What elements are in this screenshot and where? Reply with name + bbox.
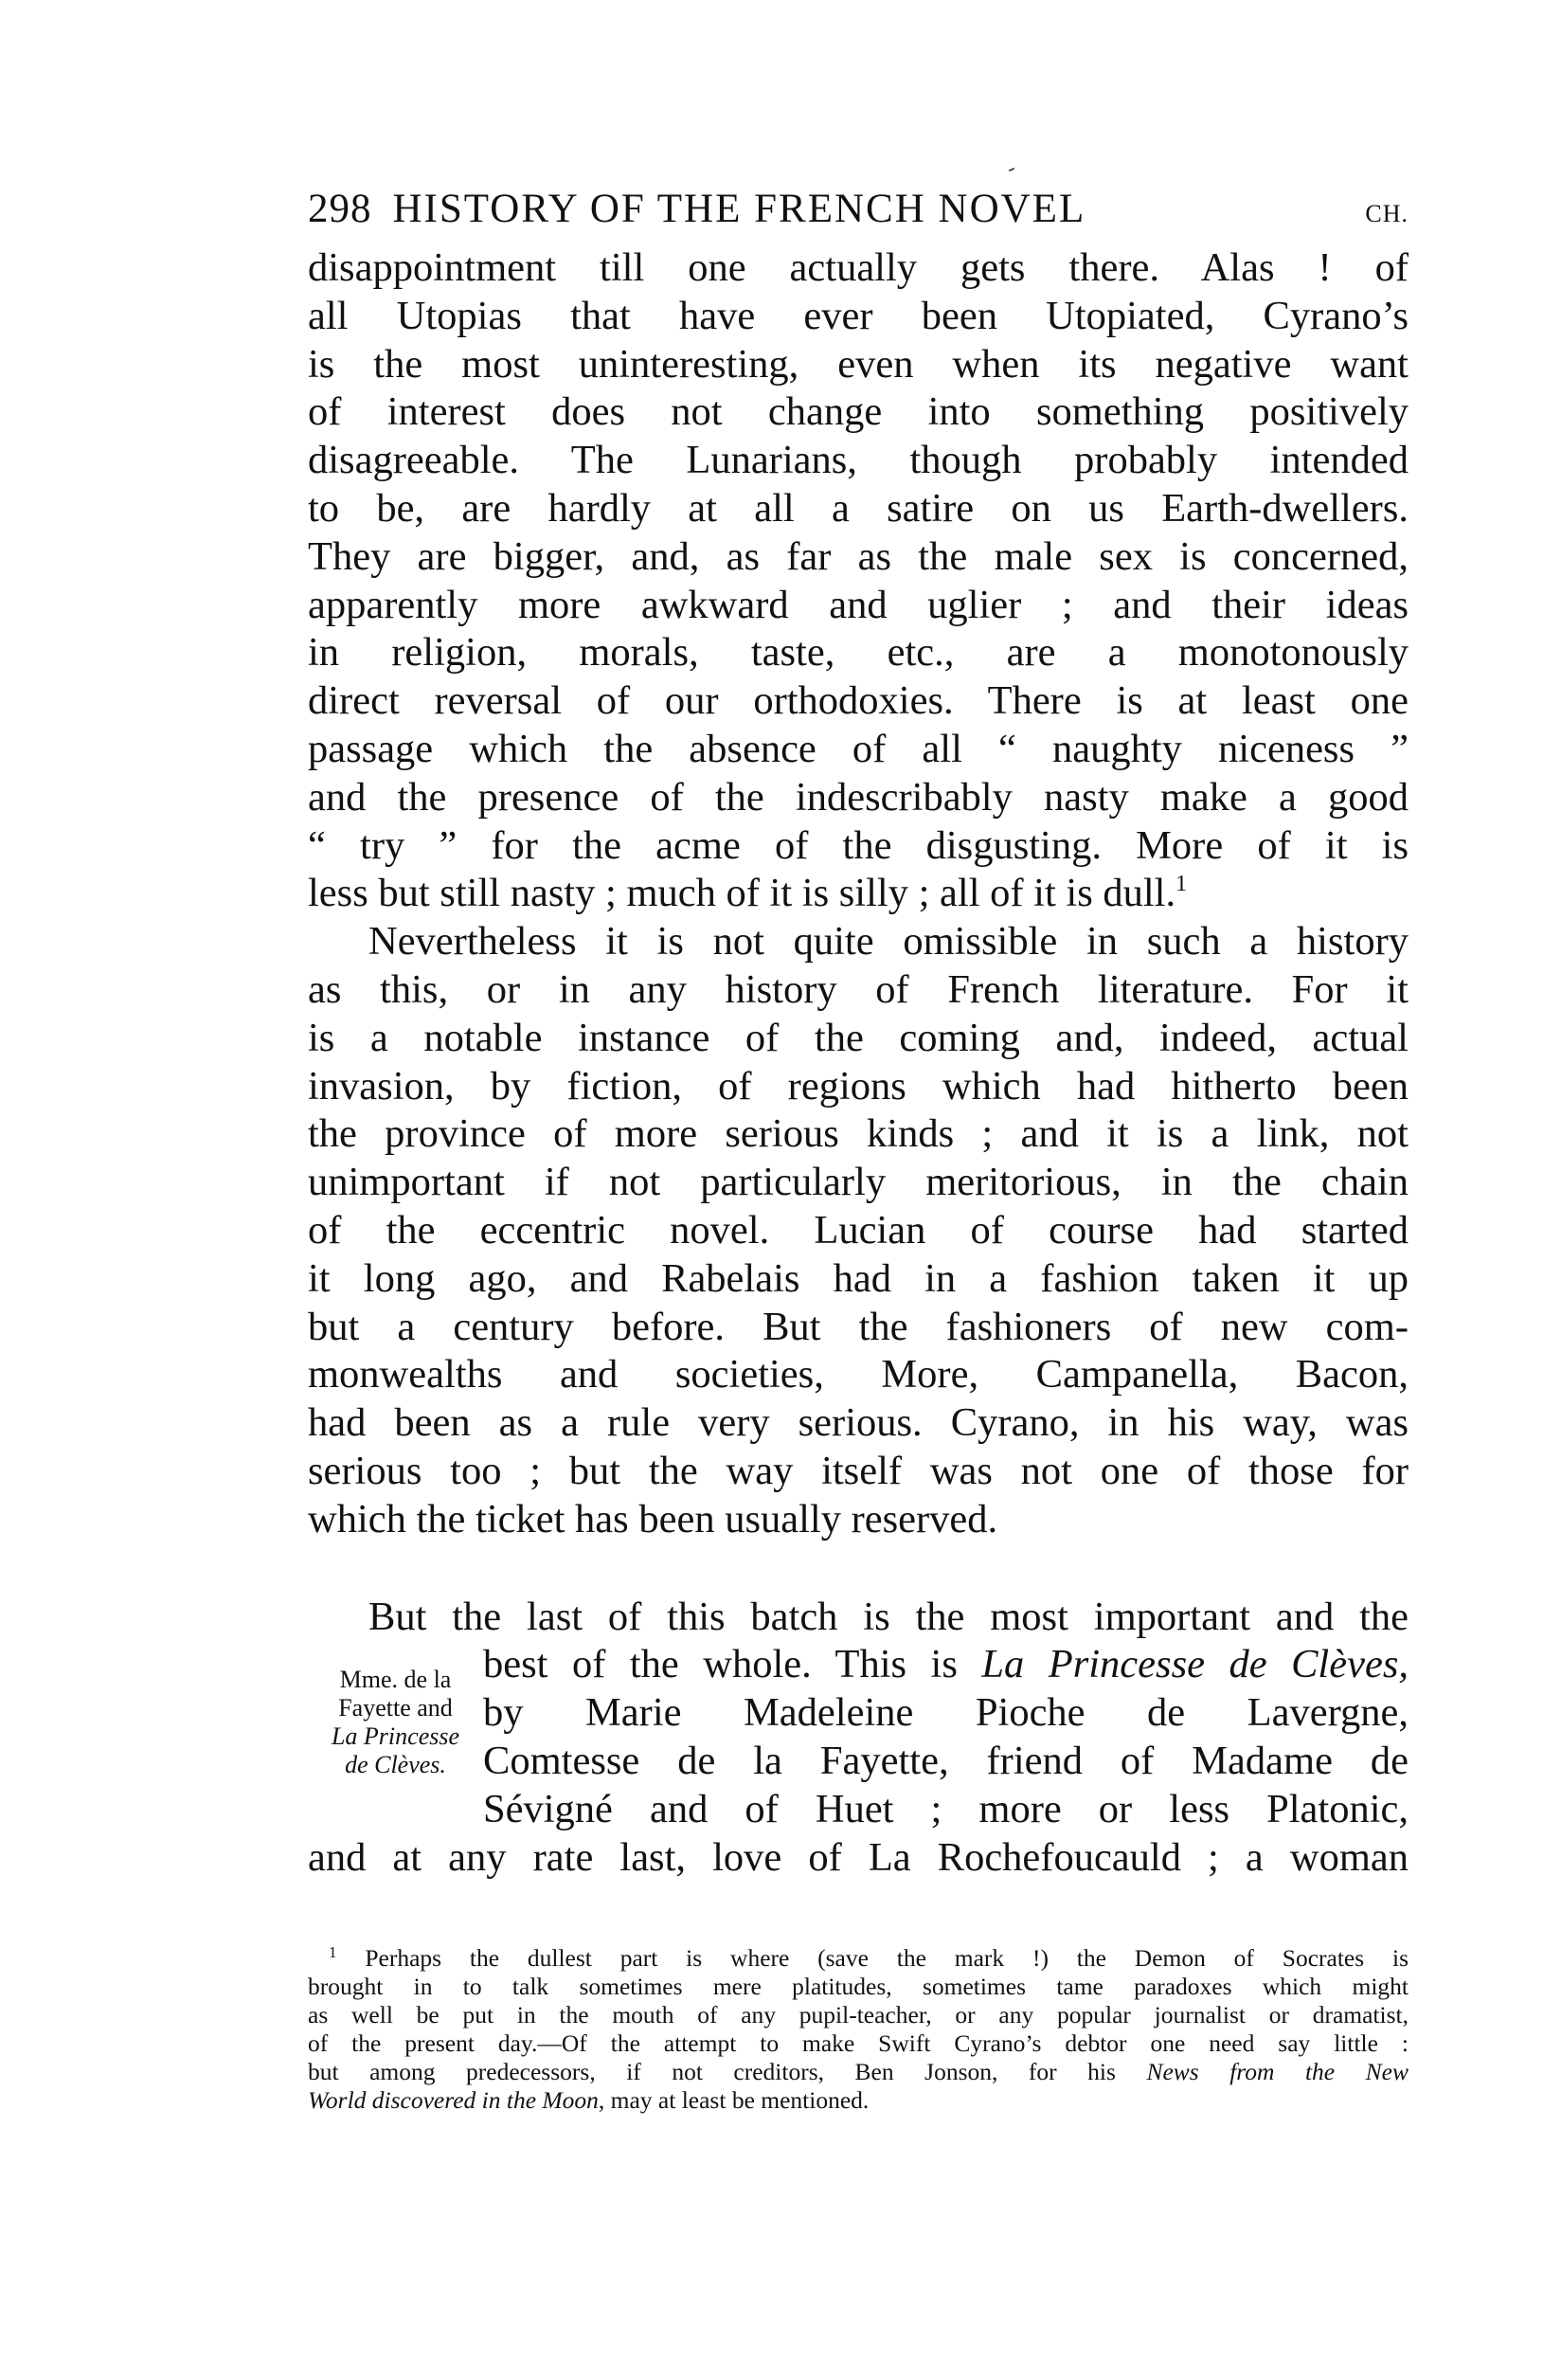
text-line: passage which the absence of all “ naugh… <box>308 726 1408 774</box>
text-line: But the last of this batch is the most i… <box>308 1594 1408 1642</box>
text-line: had been as a rule very serious. Cyrano,… <box>308 1399 1408 1448</box>
text-line: Sévigné and of Huet ; more or less Plato… <box>483 1786 1408 1834</box>
text-line: monwealths and societies, More, Campanel… <box>308 1351 1408 1399</box>
book-title: HISTORY OF THE FRENCH NOVEL <box>393 186 1366 232</box>
text-fragment: Perhaps the dullest part is where (save … <box>337 1944 1409 1972</box>
footnote-marker: 1 <box>329 1943 337 1961</box>
text-line: disappointment till one actually gets th… <box>308 244 1408 293</box>
text-line: in religion, morals, taste, etc., are a … <box>308 629 1408 677</box>
page-number: 298 <box>308 186 372 232</box>
margin-note-line: Mme. de la <box>308 1666 483 1694</box>
text-line: it long ago, and Rabelais had in a fashi… <box>308 1255 1408 1304</box>
text-fragment: but among predecessors, if not creditors… <box>308 2058 1146 2085</box>
text-line: is a notable instance of the coming and,… <box>308 1015 1408 1063</box>
text-line: by Marie Madeleine Pioche de Lavergne, <box>483 1689 1408 1738</box>
text-line: the province of more serious kinds ; and… <box>308 1110 1408 1159</box>
text-line: but a century before. But the fashioners… <box>308 1304 1408 1352</box>
book-title-italic: La Princesse de Clèves, <box>981 1642 1408 1686</box>
sidenote-adjacent-text: best of the whole. This is La Princesse … <box>483 1641 1408 1833</box>
footnote-ref[interactable]: 1 <box>1175 872 1187 896</box>
text-line: best of the whole. This is La Princesse … <box>483 1641 1408 1689</box>
text-fragment: best of the whole. This is <box>483 1642 981 1686</box>
text-line: of interest does not change into somethi… <box>308 388 1408 437</box>
footnotes: 1 Perhaps the dullest part is where (sav… <box>308 1944 1408 2115</box>
section-break <box>308 1544 1408 1594</box>
footnote-line: 1 Perhaps the dullest part is where (sav… <box>308 1944 1408 1973</box>
text-line: They are bigger, and, as far as the male… <box>308 533 1408 582</box>
paragraph-3: But the last of this batch is the most i… <box>308 1594 1408 1883</box>
footnote-line: of the present day.—Of the attempt to ma… <box>308 2029 1408 2058</box>
footnote-line: World discovered in the Moon, may at lea… <box>308 2086 1408 2115</box>
margin-note: Mme. de la Fayette and La Princesse de C… <box>308 1641 483 1833</box>
text-line: less but still nasty ; much of it is sil… <box>308 870 1408 918</box>
footnote-line: brought in to talk sometimes mere platit… <box>308 1973 1408 2001</box>
text-line: of the eccentric novel. Lucian of course… <box>308 1207 1408 1255</box>
stray-mark <box>1009 168 1014 171</box>
text-fragment: , may at least be mentioned. <box>599 2086 869 2114</box>
book-title-italic: World discovered in the Moon <box>308 2086 599 2114</box>
text-line: “ try ” for the acme of the disgusting. … <box>308 822 1408 871</box>
text-line: apparently more awkward and uglier ; and… <box>308 582 1408 630</box>
text-line: disagreeable. The Lunarians, though prob… <box>308 437 1408 485</box>
text-line: serious too ; but the way itself was not… <box>308 1448 1408 1496</box>
footnote-line: but among predecessors, if not creditors… <box>308 2058 1408 2086</box>
text-line: as this, or in any history of French lit… <box>308 966 1408 1015</box>
book-page: 298 HISTORY OF THE FRENCH NOVEL CH. disa… <box>308 186 1408 1882</box>
chapter-abbrev: CH. <box>1365 200 1408 228</box>
text-line: and the presence of the indescribably na… <box>308 774 1408 822</box>
margin-note-line: de Clèves. <box>308 1751 483 1779</box>
text-line: all Utopias that have ever been Utopiate… <box>308 293 1408 341</box>
sidenote-block: Mme. de la Fayette and La Princesse de C… <box>308 1641 1408 1833</box>
margin-note-line: La Princesse <box>308 1722 483 1751</box>
body-text: disappointment till one actually gets th… <box>308 244 1408 1882</box>
text-line: unimportant if not particularly meritori… <box>308 1159 1408 1207</box>
paragraph-1: disappointment till one actually gets th… <box>308 244 1408 918</box>
text-fragment: less but still nasty ; much of it is sil… <box>308 871 1175 915</box>
text-line: to be, are hardly at all a satire on us … <box>308 485 1408 533</box>
text-line: and at any rate last, love of La Rochefo… <box>308 1834 1408 1883</box>
paragraph-2: Nevertheless it is not quite omissible i… <box>308 918 1408 1543</box>
text-line: Comtesse de la Fayette, friend of Madame… <box>483 1738 1408 1786</box>
text-line: direct reversal of our orthodoxies. Ther… <box>308 677 1408 726</box>
book-title-italic: News from the New <box>1146 2058 1408 2085</box>
running-head: 298 HISTORY OF THE FRENCH NOVEL CH. <box>308 186 1408 244</box>
text-line: invasion, by fiction, of regions which h… <box>308 1063 1408 1111</box>
text-line: is the most uninteresting, even when its… <box>308 341 1408 389</box>
text-line: which the ticket has been usually reserv… <box>308 1496 1408 1544</box>
margin-note-line: Fayette and <box>308 1694 483 1722</box>
footnote-line: as well be put in the mouth of any pupil… <box>308 2001 1408 2029</box>
text-line: Nevertheless it is not quite omissible i… <box>308 918 1408 966</box>
